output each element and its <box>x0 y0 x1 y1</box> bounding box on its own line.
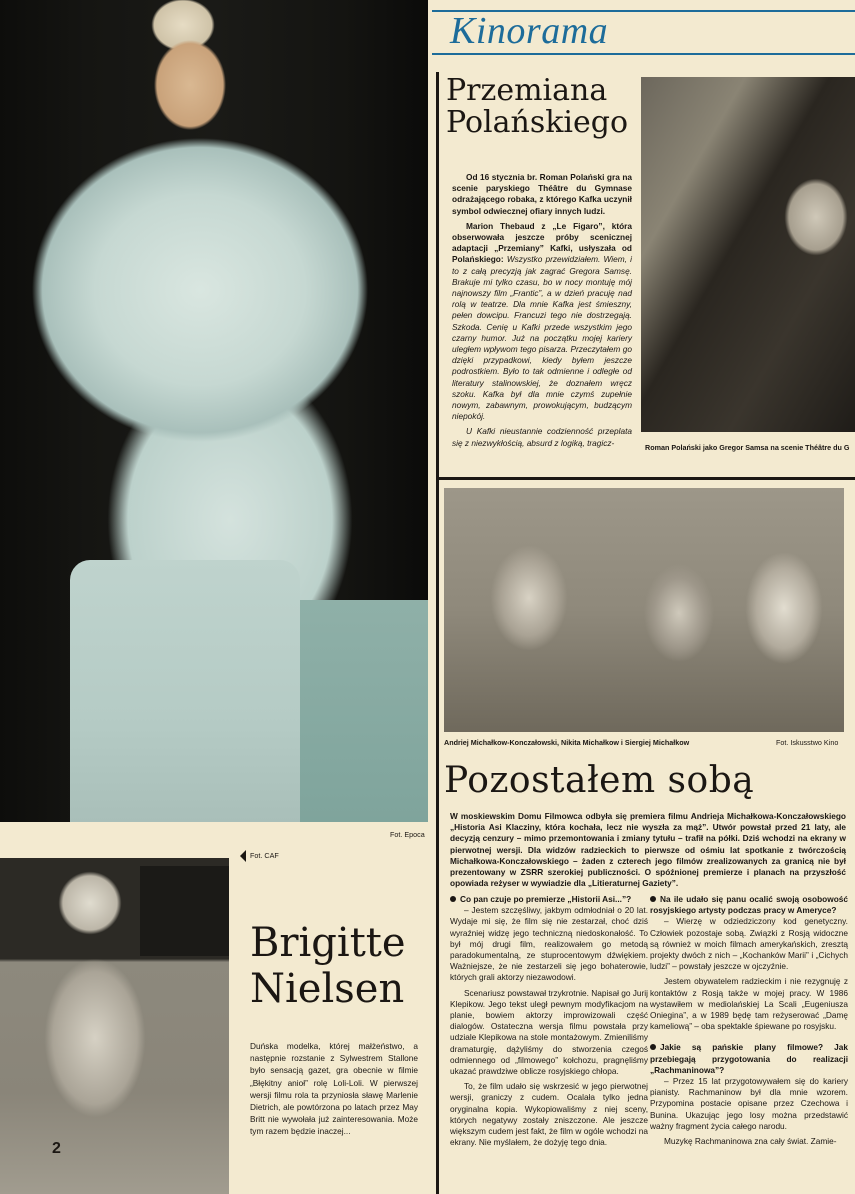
photo-credit-epoca: Fot. Epoca <box>390 830 425 839</box>
headline-line-2: Nielsen <box>250 966 430 1012</box>
caption-polanski-photo: Roman Polański jako Gregor Samsa na scen… <box>645 443 855 452</box>
article-divider-rule <box>436 477 855 480</box>
header-rule-bottom <box>432 53 855 55</box>
paragraph-intro: Od 16 stycznia br. Roman Polański gra na… <box>452 172 632 216</box>
paragraph-polanski-quote: Wszystko przewidziałem. Wiem, i to z cał… <box>452 254 632 421</box>
interview-question-1: Co pan czuje po premierze „Historii Asi.… <box>450 894 648 905</box>
headline-brigitte-nielsen: Brigitte Nielsen <box>250 920 430 1012</box>
interview-answer-2-p1: – Wierzę w odziedziczony kod genetyczny.… <box>650 916 848 972</box>
bullet-icon <box>450 896 456 902</box>
photo-michalkov-family <box>444 488 844 732</box>
headline-line-1: Brigitte <box>250 920 430 966</box>
article-frame-left-rule <box>436 72 439 1194</box>
photo-credit-caf: Fot. CAF <box>250 851 279 860</box>
interview-column-1: Co pan czuje po premierze „Historii Asi.… <box>450 888 648 1152</box>
article-body-nielsen: Duńska modelka, której małżeństwo, a nas… <box>250 1040 418 1138</box>
interview-answer-1-p3: To, że film udało się wskrzesić w jego p… <box>450 1081 648 1148</box>
article-body-przemiana: Od 16 stycznia br. Roman Polański gra na… <box>452 172 632 453</box>
caret-left-icon <box>240 850 246 862</box>
interview-answer-1-p2: Scenariusz powstawał trzykrotnie. Napisa… <box>450 988 648 1078</box>
interview-answer-2-p2: Jestem obywatelem radzieckim i nie rezyg… <box>650 976 848 1032</box>
bullet-icon <box>650 1044 656 1050</box>
interview-question-2: Na ile udało się panu ocalić swoją osobo… <box>650 894 848 916</box>
headline-przemiana-polanskiego: Przemiana Polańskiego <box>446 75 636 138</box>
headline-pozostalem-soba: Pozostałem sobą <box>444 762 754 800</box>
interview-answer-3-p2: Muzykę Rachmaninowa zna cały świat. Zami… <box>650 1136 848 1147</box>
interview-answer-1-p1: – Jestem szczęśliwy, jakbym odmłodniał o… <box>450 905 648 983</box>
photo-polanski-as-gregor-samsa <box>641 77 855 432</box>
interview-answer-3-p1: – Przez 15 lat przygotowywałem się do ka… <box>650 1076 848 1132</box>
page-number: 2 <box>52 1140 61 1158</box>
headline-line-1: Przemiana <box>446 75 636 107</box>
photo-brigitte-nielsen-white-gown <box>0 0 428 822</box>
headline-line-2: Polańskiego <box>446 107 636 139</box>
bullet-icon <box>650 896 656 902</box>
caption-michalkov-photo: Andriej Michałkow-Konczałowski, Nikita M… <box>444 738 689 747</box>
photo-brigitte-nielsen-on-chair <box>0 858 229 1194</box>
section-title: Kinorama <box>450 12 608 50</box>
interview-column-2: Na ile udało się panu ocalić swoją osobo… <box>650 888 848 1151</box>
article-lead-pozostalem: W moskiewskim Domu Filmowca odbyła się p… <box>450 811 846 889</box>
paragraph-kafka: U Kafki nieustannie codzienność przeplat… <box>452 426 632 447</box>
photo-credit-iskusstwo-kino: Fot. Iskusstwo Kino <box>776 738 838 747</box>
interview-question-3: Jakie są pańskie plany filmowe? Jak prze… <box>650 1042 848 1076</box>
